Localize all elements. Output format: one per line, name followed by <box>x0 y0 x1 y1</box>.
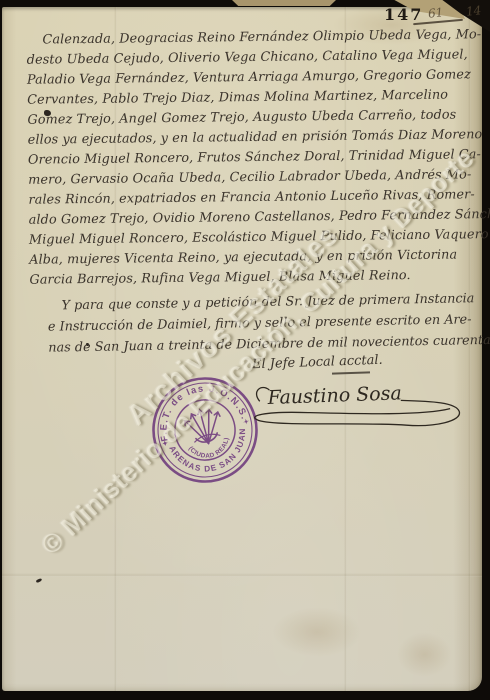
signature-name: Faustino Sosa <box>266 382 402 409</box>
paper-stain <box>272 607 362 657</box>
manuscript-body: Calenzada, Deogracias Reino Fernández Ol… <box>26 27 474 292</box>
folio-number-stamp: 147 <box>384 5 423 24</box>
folio-annotation: 61 <box>427 5 444 21</box>
scanned-document-photo: 147 61 14 Calenzada, Deogracias Reino Fe… <box>0 0 490 700</box>
yoke-and-arrows-icon <box>182 405 226 448</box>
ink-mark <box>36 578 43 584</box>
paper-stain <box>397 632 452 677</box>
page-edge-sliver <box>232 0 336 6</box>
signature-block: Faustino Sosa <box>237 364 472 450</box>
horizontal-crease <box>2 573 482 577</box>
folio-annotation: 14 <box>465 3 482 19</box>
closing-paragraph: Y para que conste y a petición del Sr. J… <box>47 291 468 361</box>
